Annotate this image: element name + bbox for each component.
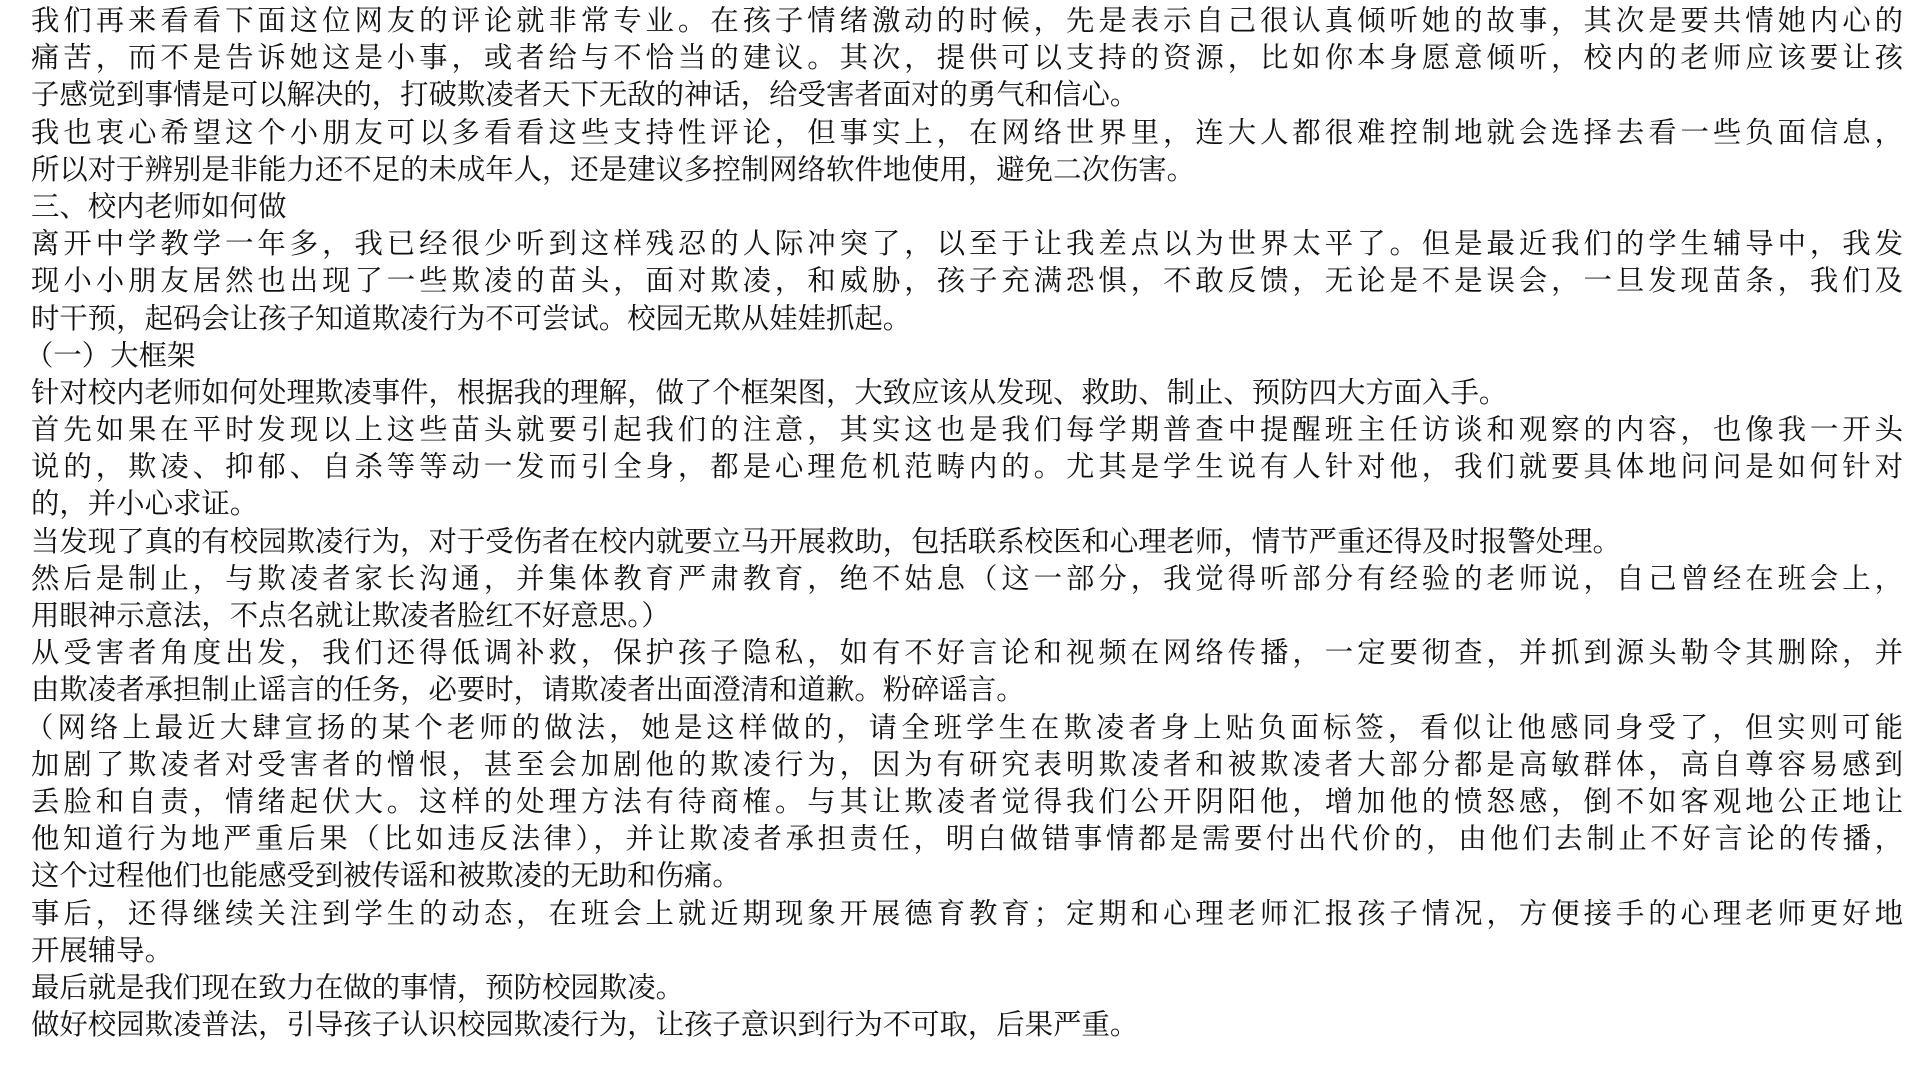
section-heading: 三、校内老师如何做 [31, 188, 1903, 225]
text-line: 所以对于辨别是非能力还不足的未成年人，还是建议多控制网络软件地使用，避免二次伤害… [31, 151, 1903, 188]
text-line: 针对校内老师如何处理欺凌事件，根据我的理解，做了个框架图，大致应该从发现、救助、… [31, 374, 1903, 411]
text-line: 当发现了真的有校园欺凌行为，对于受伤者在校内就要立马开展救助，包括联系校医和心理… [31, 523, 1903, 560]
text-line: 我们再来看看下面这位网友的评论就非常专业。在孩子情绪激动的时候，先是表示自己很认… [31, 2, 1903, 39]
text-line: 痛苦，而不是告诉她这是小事，或者给与不恰当的建议。其次，提供可以支持的资源，比如… [31, 39, 1903, 76]
document-page: 我们再来看看下面这位网友的评论就非常专业。在孩子情绪激动的时候，先是表示自己很认… [0, 0, 1920, 1080]
document-body: 我们再来看看下面这位网友的评论就非常专业。在孩子情绪激动的时候，先是表示自己很认… [31, 2, 1903, 1043]
text-line: 这个过程他们也能感受到被传谣和被欺凌的无助和伤痛。 [31, 857, 1903, 894]
text-line: 事后，还得继续关注到学生的动态，在班会上就近期现象开展德育教育；定期和心理老师汇… [31, 895, 1903, 932]
text-line: 首先如果在平时发现以上这些苗头就要引起我们的注意，其实这也是我们每学期普查中提醒… [31, 411, 1903, 448]
text-line: 做好校园欺凌普法，引导孩子认识校园欺凌行为，让孩子意识到行为不可取，后果严重。 [31, 1006, 1903, 1043]
text-line: 加剧了欺凌者对受害者的憎恨，甚至会加剧他的欺凌行为，因为有研究表明欺凌者和被欺凌… [31, 746, 1903, 783]
text-line: 现小小朋友居然也出现了一些欺凌的苗头，面对欺凌，和威胁，孩子充满恐惧，不敢反馈，… [31, 262, 1903, 299]
text-line: 由欺凌者承担制止谣言的任务，必要时，请欺凌者出面澄清和道歉。粉碎谣言。 [31, 671, 1903, 708]
text-line: 的，并小心求证。 [31, 485, 1903, 522]
subsection-heading: （一）大框架 [25, 337, 1903, 374]
text-line: 丢脸和自责，情绪起伏大。这样的处理方法有待商榷。与其让欺凌者觉得我们公开阴阳他，… [31, 783, 1903, 820]
text-line: 子感觉到事情是可以解决的，打破欺凌者天下无敌的神话，给受害者面对的勇气和信心。 [31, 76, 1903, 113]
text-line: 用眼神示意法，不点名就让欺凌者脸红不好意思。） [31, 597, 1903, 634]
text-line: 开展辅导。 [31, 932, 1903, 969]
text-line: 说的，欺凌、抑郁、自杀等等动一发而引全身，都是心理危机范畴内的。尤其是学生说有人… [31, 448, 1903, 485]
text-line: 最后就是我们现在致力在做的事情，预防校园欺凌。 [31, 969, 1903, 1006]
text-line: 然后是制止，与欺凌者家长沟通，并集体教育严肃教育，绝不姑息（这一部分，我觉得听部… [31, 560, 1903, 597]
text-line: 我也衷心希望这个小朋友可以多看看这些支持性评论，但事实上，在网络世界里，连大人都… [31, 114, 1903, 151]
text-line: 他知道行为地严重后果（比如违反法律），并让欺凌者承担责任，明白做错事情都是需要付… [31, 820, 1903, 857]
text-line: 时干预，起码会让孩子知道欺凌行为不可尝试。校园无欺从娃娃抓起。 [31, 300, 1903, 337]
text-line: 离开中学教学一年多，我已经很少听到这样残忍的人际冲突了，以至于让我差点以为世界太… [31, 225, 1903, 262]
text-line: （网络上最近大肆宣扬的某个老师的做法，她是这样做的，请全班学生在欺凌者身上贴负面… [25, 709, 1903, 746]
text-line: 从受害者角度出发，我们还得低调补救，保护孩子隐私，如有不好言论和视频在网络传播，… [31, 634, 1903, 671]
